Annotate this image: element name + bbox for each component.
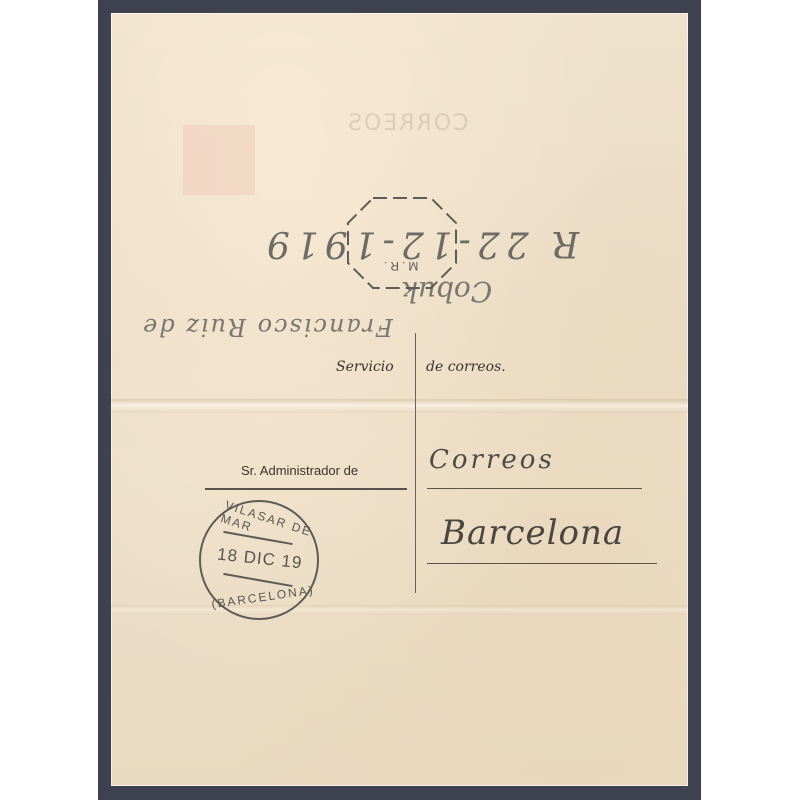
- postmark-date: 18 DIC 19: [216, 545, 303, 574]
- addressee-label: Sr. Administrador de: [241, 463, 358, 478]
- postmark-bar-bottom: [223, 573, 292, 587]
- handwritten-name: Francisco Ruiz de: [141, 313, 393, 341]
- form-heading-right: de correos.: [426, 359, 506, 375]
- handwritten-addressee-line1: Correos: [429, 445, 555, 475]
- stamp-imprint-ghost: [183, 125, 255, 195]
- fold-crease-lower: [111, 605, 688, 615]
- round-postmark: VILASAR DE MAR 18 DIC 19 (BARCELONA): [199, 500, 319, 620]
- postal-form-paper: CORREOS R 22-12-1919 Cobuk Francisco Rui…: [111, 13, 688, 786]
- octagonal-postmark-text: M.R.: [381, 259, 418, 273]
- octagonal-postmark: M.R.: [343, 193, 461, 293]
- octagon-stamp-icon: [343, 193, 461, 293]
- form-divider-vertical: [415, 333, 416, 593]
- fold-crease-middle: [111, 399, 688, 413]
- address-rule-right-2: [427, 563, 657, 564]
- form-heading-left: Servicio: [336, 359, 394, 375]
- address-rule-right-1: [427, 488, 642, 489]
- handwritten-addressee-line2: Barcelona: [441, 513, 624, 553]
- bleed-through-header: CORREOS: [346, 111, 468, 136]
- address-rule-left: [205, 488, 407, 490]
